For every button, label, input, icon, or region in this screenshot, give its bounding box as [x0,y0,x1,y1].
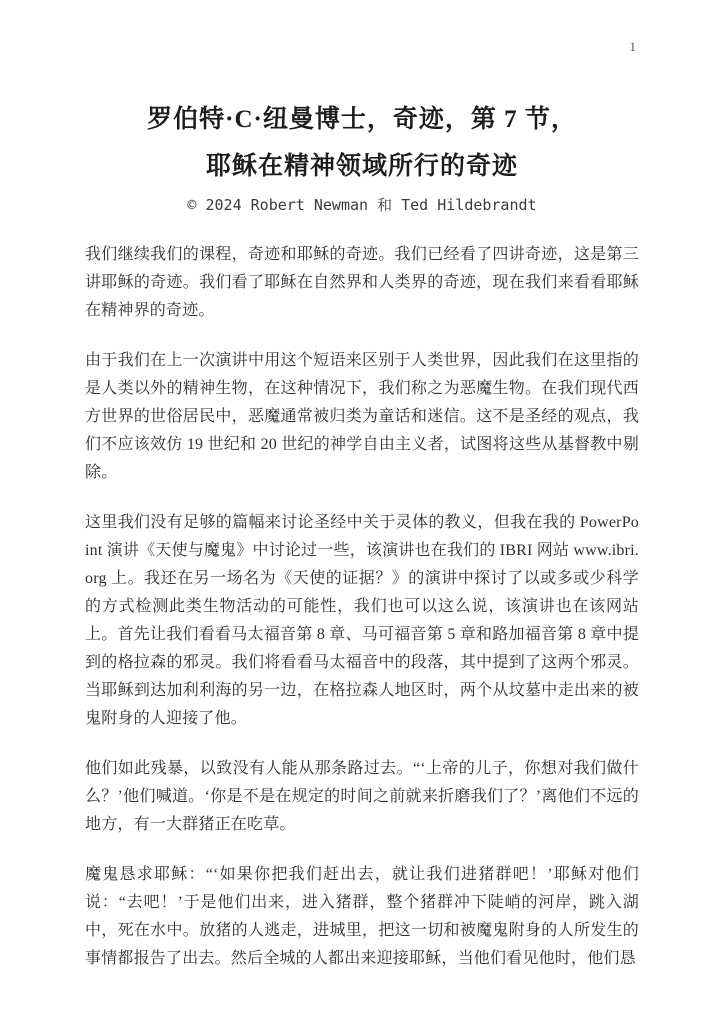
copyright-line: © 2024 Robert Newman 和 Ted Hildebrandt [0,194,724,215]
document-title: 罗伯特·C·纽曼博士，奇迹，第 7 节， 耶稣在精神领域所行的奇迹 [0,0,724,190]
paragraph-5: 魔鬼恳求耶稣：“‘如果你把我们赶出去，就让我们进猪群吧！’耶稣对他们说：“去吧！… [85,861,639,973]
paragraph-4: 他们如此残暴，以致没有人能从那条路过去。“‘上帝的儿子，你想对我们做什么？’他们… [85,755,639,839]
title-line-2: 耶稣在精神领域所行的奇迹 [0,143,724,190]
paragraph-3: 这里我们没有足够的篇幅来讨论圣经中关于灵体的教义，但我在我的 PowerPoin… [85,509,639,733]
paragraph-2: 由于我们在上一次演讲中用这个短语来区别于人类世界，因此我们在这里指的是人类以外的… [85,347,639,487]
title-line-1: 罗伯特·C·纽曼博士，奇迹，第 7 节， [0,96,724,143]
document-body: 我们继续我们的课程，奇迹和耶稣的奇迹。我们已经看了四讲奇迹，这是第三讲耶稣的奇迹… [85,241,639,973]
paragraph-1: 我们继续我们的课程，奇迹和耶稣的奇迹。我们已经看了四讲奇迹，这是第三讲耶稣的奇迹… [85,241,639,325]
page-number: 1 [630,40,637,53]
document-page: 1 罗伯特·C·纽曼博士，奇迹，第 7 节， 耶稣在精神领域所行的奇迹 © 20… [0,0,724,1024]
